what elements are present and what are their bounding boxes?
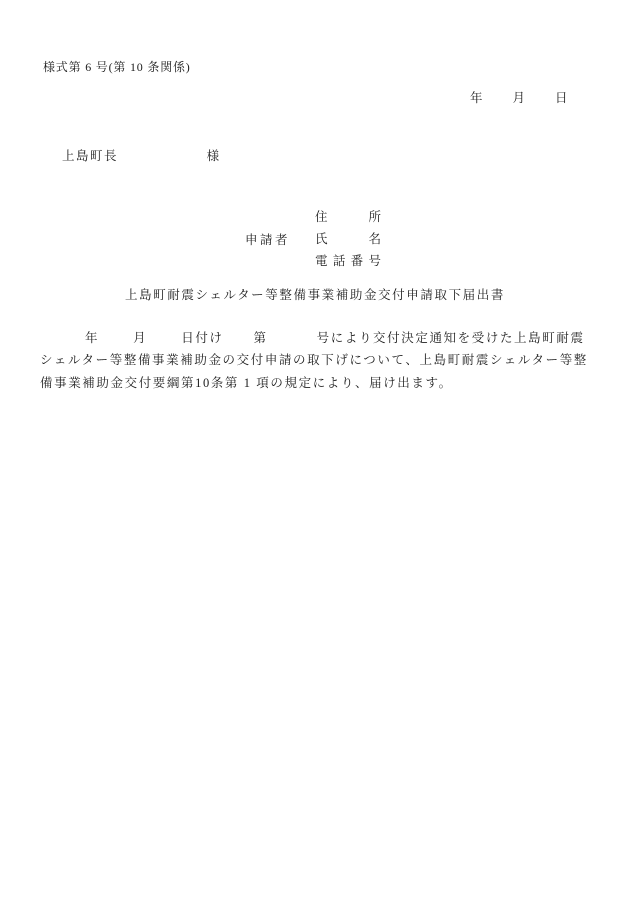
document-page: 様式第 6 号(第 10 条関係) 年 月 日 上島町長 様 申請者 住所 氏名… — [0, 0, 630, 903]
body-line-3: 備事業補助金交付要綱第10条第 1 項の規定により、届け出ます。 — [40, 372, 594, 394]
blank-indent — [40, 341, 85, 342]
document-title: 上島町耐震シェルター等整備事業補助金交付申請取下届出書 — [0, 285, 630, 303]
addressee-honorific: 様 — [207, 149, 221, 163]
applicant-address-label: 住所 — [315, 206, 381, 228]
blank-day-gap — [224, 341, 254, 342]
applicant-name-label: 氏名 — [315, 228, 381, 250]
blank-number-field — [268, 341, 317, 342]
body-day-suffix: 日付け — [181, 331, 223, 345]
body-line-1-rest: 号により交付決定通知を受けた上島町耐震 — [317, 331, 585, 345]
date-month-label: 月 — [513, 88, 526, 106]
body-year-label: 年 — [85, 331, 99, 345]
blank-month-field — [147, 341, 181, 342]
applicant-fields: 住所 氏名 電話番号 — [315, 206, 381, 272]
date-line: 年 月 日 — [470, 88, 568, 106]
applicant-block: 申請者 住所 氏名 電話番号 — [245, 206, 381, 272]
addressee-line: 上島町長 様 — [62, 146, 221, 164]
addressee-name: 上島町長 — [62, 149, 118, 163]
body-month-label: 月 — [133, 331, 147, 345]
blank-year-field — [99, 341, 133, 342]
date-year-label: 年 — [470, 88, 483, 106]
applicant-label: 申請者 — [245, 230, 315, 248]
applicant-phone-label: 電話番号 — [315, 250, 381, 272]
date-day-label: 日 — [555, 88, 568, 106]
form-number: 様式第 6 号(第 10 条関係) — [43, 58, 191, 75]
body-paragraph: 年月日付け第号により交付決定通知を受けた上島町耐震 シェルター等整備事業補助金の… — [40, 327, 594, 394]
body-dai-label: 第 — [254, 331, 268, 345]
body-line-1: 年月日付け第号により交付決定通知を受けた上島町耐震 — [40, 327, 594, 349]
body-line-2: シェルター等整備事業補助金の交付申請の取下げについて、上島町耐震シェルター等整 — [40, 349, 594, 371]
